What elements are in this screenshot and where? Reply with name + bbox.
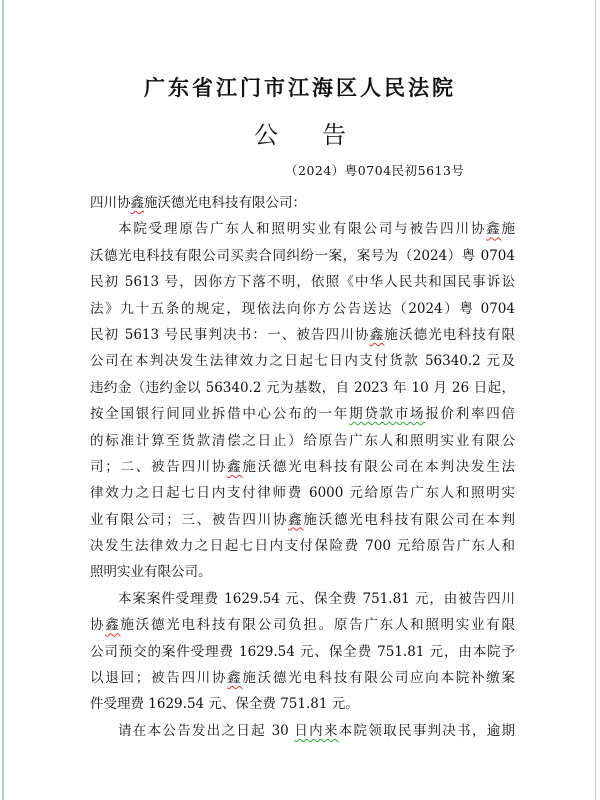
paragraph-1-line: 民初 5613 号民事判决书：一、被告四川协鑫施沃德光电科技有限 [90,322,515,348]
paragraph-2-line: 件受理费 1629.54 元、保全费 751.81 元。 [90,691,515,717]
paragraph-1-line: 业有限公司；三、被告四川协鑫施沃德光电科技有限公司在本判 [90,507,515,533]
addressee-line: 四川协鑫施沃德光电科技有限公司： [90,190,515,216]
spellcheck-marked-text[interactable]: 鑫 [288,512,303,528]
court-name: 广东省江门市江海区人民法院 [0,72,600,102]
paragraph-3-line: 请在本公告发出之日起 30 日内来本院领取民事判决书，逾期 [90,718,515,744]
paragraph-1-line: 按全国银行间同业拆借中心公布的一年期贷款市场报价利率四倍 [90,401,515,427]
paragraph-2-line: 以退回；被告四川协鑫施沃德光电科技有限公司应向本院补缴案 [90,665,515,691]
document-type-heading: 公告 [0,115,600,150]
spellcheck-marked-text[interactable]: 鑫 [131,195,145,211]
spellcheck-marked-text[interactable]: 鑫 [370,327,385,343]
paragraph-1-line: 照明实业有限公司。 [90,559,515,585]
paragraph-1-line: 律效力之日起七日内支付律师费 6000 元给原告广东人和照明实 [90,480,515,506]
spellcheck-marked-text[interactable]: 鑫 [105,617,120,633]
paragraph-2-line: 公司预交的案件受理费 1629.54 元、保全费 751.81 元，由本院予 [90,639,515,665]
paragraph-1-line: 民初 5613 号，因你方下落不明，依照《中华人民共和国民事诉讼 [90,269,515,295]
paragraph-1-line: 沃德光电科技有限公司买卖合同纠纷一案，案号为（2024）粤 0704 [90,243,515,269]
spellcheck-marked-text[interactable]: 鑫 [486,221,501,237]
spellcheck-marked-text[interactable]: 鑫 [227,459,242,475]
grammar-marked-text[interactable]: 日内来 [294,723,338,739]
paragraph-1-line: 本院受理原告广东人和照明实业有限公司与被告四川协鑫施 [90,216,515,242]
case-number: （2024）粤0704民初5613号 [285,161,464,179]
paragraph-1-line: 法》九十五条的规定，现依法向你方公告送达（2024）粤 0704 [90,296,515,322]
heading-char-1: 公 [254,115,278,150]
document-body: 四川协鑫施沃德光电科技有限公司： 本院受理原告广东人和照明实业有限公司与被告四川… [90,190,515,744]
paragraph-1-line: 公司在本判决发生法律效力之日起七日内支付货款 56340.2 元及 [90,348,515,374]
paragraph-2-line: 本案案件受理费 1629.54 元、保全费 751.81 元，由被告四川 [90,586,515,612]
heading-char-2: 告 [322,115,346,150]
paragraph-1-line: 的标准计算至货款清偿之日止）给原告广东人和照明实业有限公 [90,428,515,454]
paragraph-1-line: 决发生法律效力之日起七日内支付保险费 700 元给原告广东人和 [90,533,515,559]
paragraph-1-line: 司；二、被告四川协鑫施沃德光电科技有限公司在本判决发生法 [90,454,515,480]
spellcheck-marked-text[interactable]: 鑫 [227,670,242,686]
paragraph-2-line: 协鑫施沃德光电科技有限公司负担。原告广东人和照明实业有限 [90,612,515,638]
spellcheck-marked-text[interactable]: 期贷款市场 [349,406,425,422]
paragraph-1-line: 违约金（违约金以 56340.2 元为基数，自 2023 年 10 月 26 日… [90,375,515,401]
